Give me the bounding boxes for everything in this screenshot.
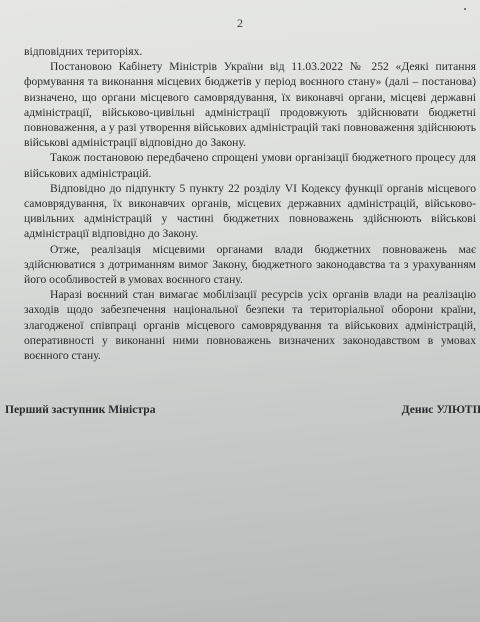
paragraph-conclusion: Отже, реалізація місцевими органами влад…	[24, 242, 476, 288]
paragraph-martial-law: Наразі воєнний стан вимагає мобілізації …	[24, 287, 476, 363]
ink-dot	[464, 8, 466, 10]
signatory-title: Перший заступник Міністра	[5, 403, 156, 416]
paragraph-code-functions: Відповідно до підпункту 5 пункту 22 розд…	[24, 181, 476, 242]
paragraph-simplified-conditions: Також постановою передбачено спрощені ум…	[24, 150, 476, 180]
signatory-name: Денис УЛЮТІН	[402, 403, 480, 416]
page-number: 2	[0, 16, 480, 31]
document-page: 2 відповідних територіях. Постановою Каб…	[0, 0, 480, 622]
paragraph-continuation: відповідних територіях.	[24, 44, 476, 59]
paragraph-resolution: Постановою Кабінету Міністрів України ві…	[24, 59, 476, 150]
letter-body: відповідних територіях. Постановою Кабін…	[24, 44, 476, 363]
